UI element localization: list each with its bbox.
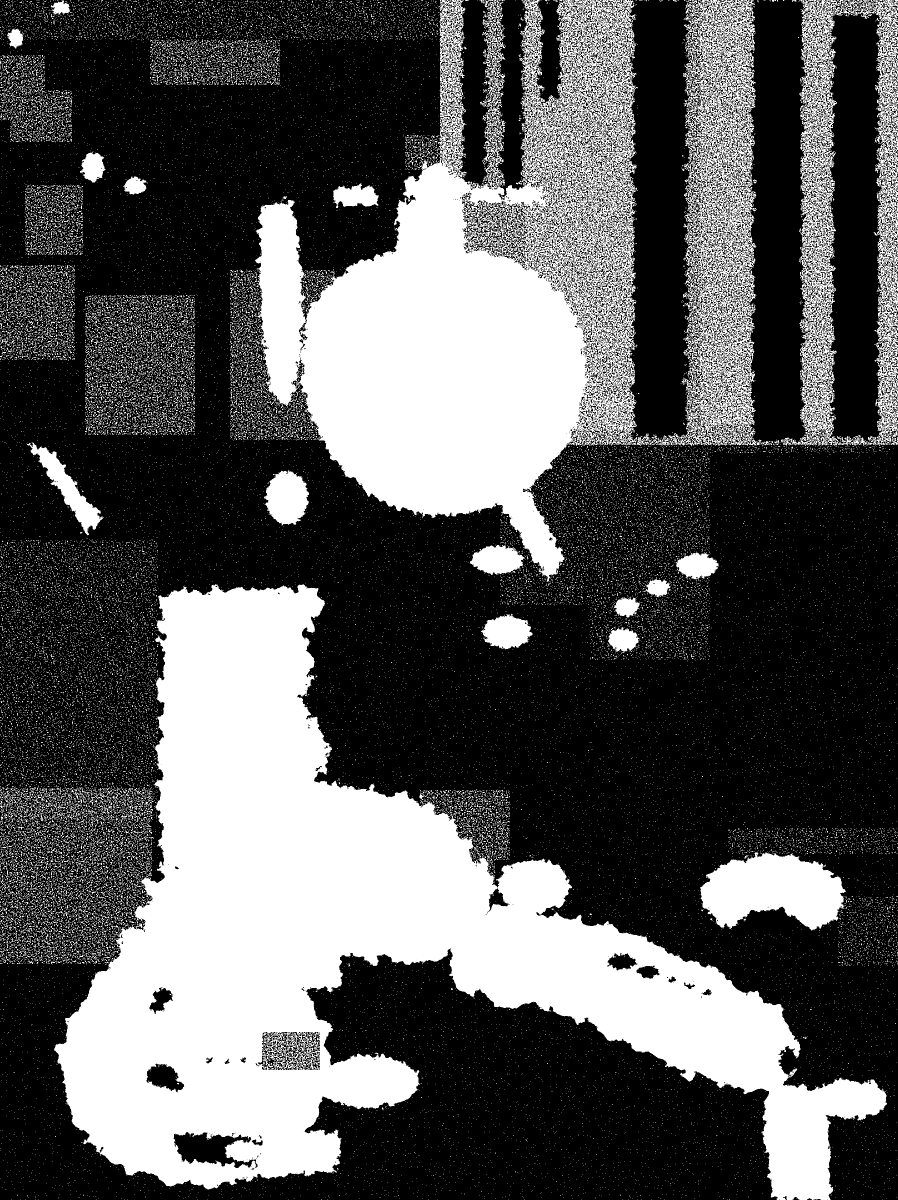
slat-bar	[463, 0, 485, 182]
speckle-column	[440, 0, 467, 185]
urn-neck	[396, 200, 466, 254]
doll-arm	[815, 1079, 887, 1119]
white-blob	[615, 598, 639, 616]
speckle-band	[728, 828, 898, 854]
cheek-shadow	[262, 1032, 320, 1070]
white-blob	[608, 629, 638, 651]
highlight-dash	[470, 187, 502, 203]
speckle-cluster	[838, 896, 898, 966]
speckle-cluster	[125, 355, 195, 430]
white-blob	[646, 580, 670, 596]
dithered-photo	[0, 0, 898, 1200]
slat-bar	[753, 0, 802, 441]
hand-notch	[741, 910, 787, 932]
speckle-column	[590, 430, 710, 660]
doll-shoulder	[498, 859, 570, 913]
white-blob	[52, 2, 70, 14]
highlight-dash	[333, 187, 377, 205]
speckle-cluster	[0, 265, 75, 360]
speckle-column	[802, 0, 835, 430]
slat-bar	[634, 0, 686, 436]
speckle-cluster	[150, 40, 280, 85]
white-blob	[266, 471, 308, 525]
slat-bar	[833, 16, 878, 438]
speckle-cluster	[25, 185, 83, 255]
speckle-column	[875, 0, 898, 430]
wedge-speckle	[0, 788, 152, 964]
speckle-cluster	[420, 790, 510, 860]
slat-bar	[502, 0, 522, 196]
lid-flange	[402, 174, 470, 202]
strip-hole	[780, 1047, 796, 1075]
speckle-cluster	[0, 540, 158, 820]
white-blob	[677, 554, 717, 578]
photo-canvas	[0, 0, 898, 1200]
speckle-column	[700, 0, 755, 425]
white-blob	[483, 616, 531, 648]
bedding-bridge	[316, 1056, 420, 1108]
highlight-dash	[506, 187, 542, 204]
slat-bar	[541, 0, 559, 98]
white-blob	[82, 153, 104, 181]
speckle-cluster	[10, 90, 72, 142]
white-blob	[471, 546, 523, 574]
chin-highlight	[225, 1141, 263, 1161]
white-blob	[124, 178, 146, 194]
white-blob	[9, 29, 23, 47]
